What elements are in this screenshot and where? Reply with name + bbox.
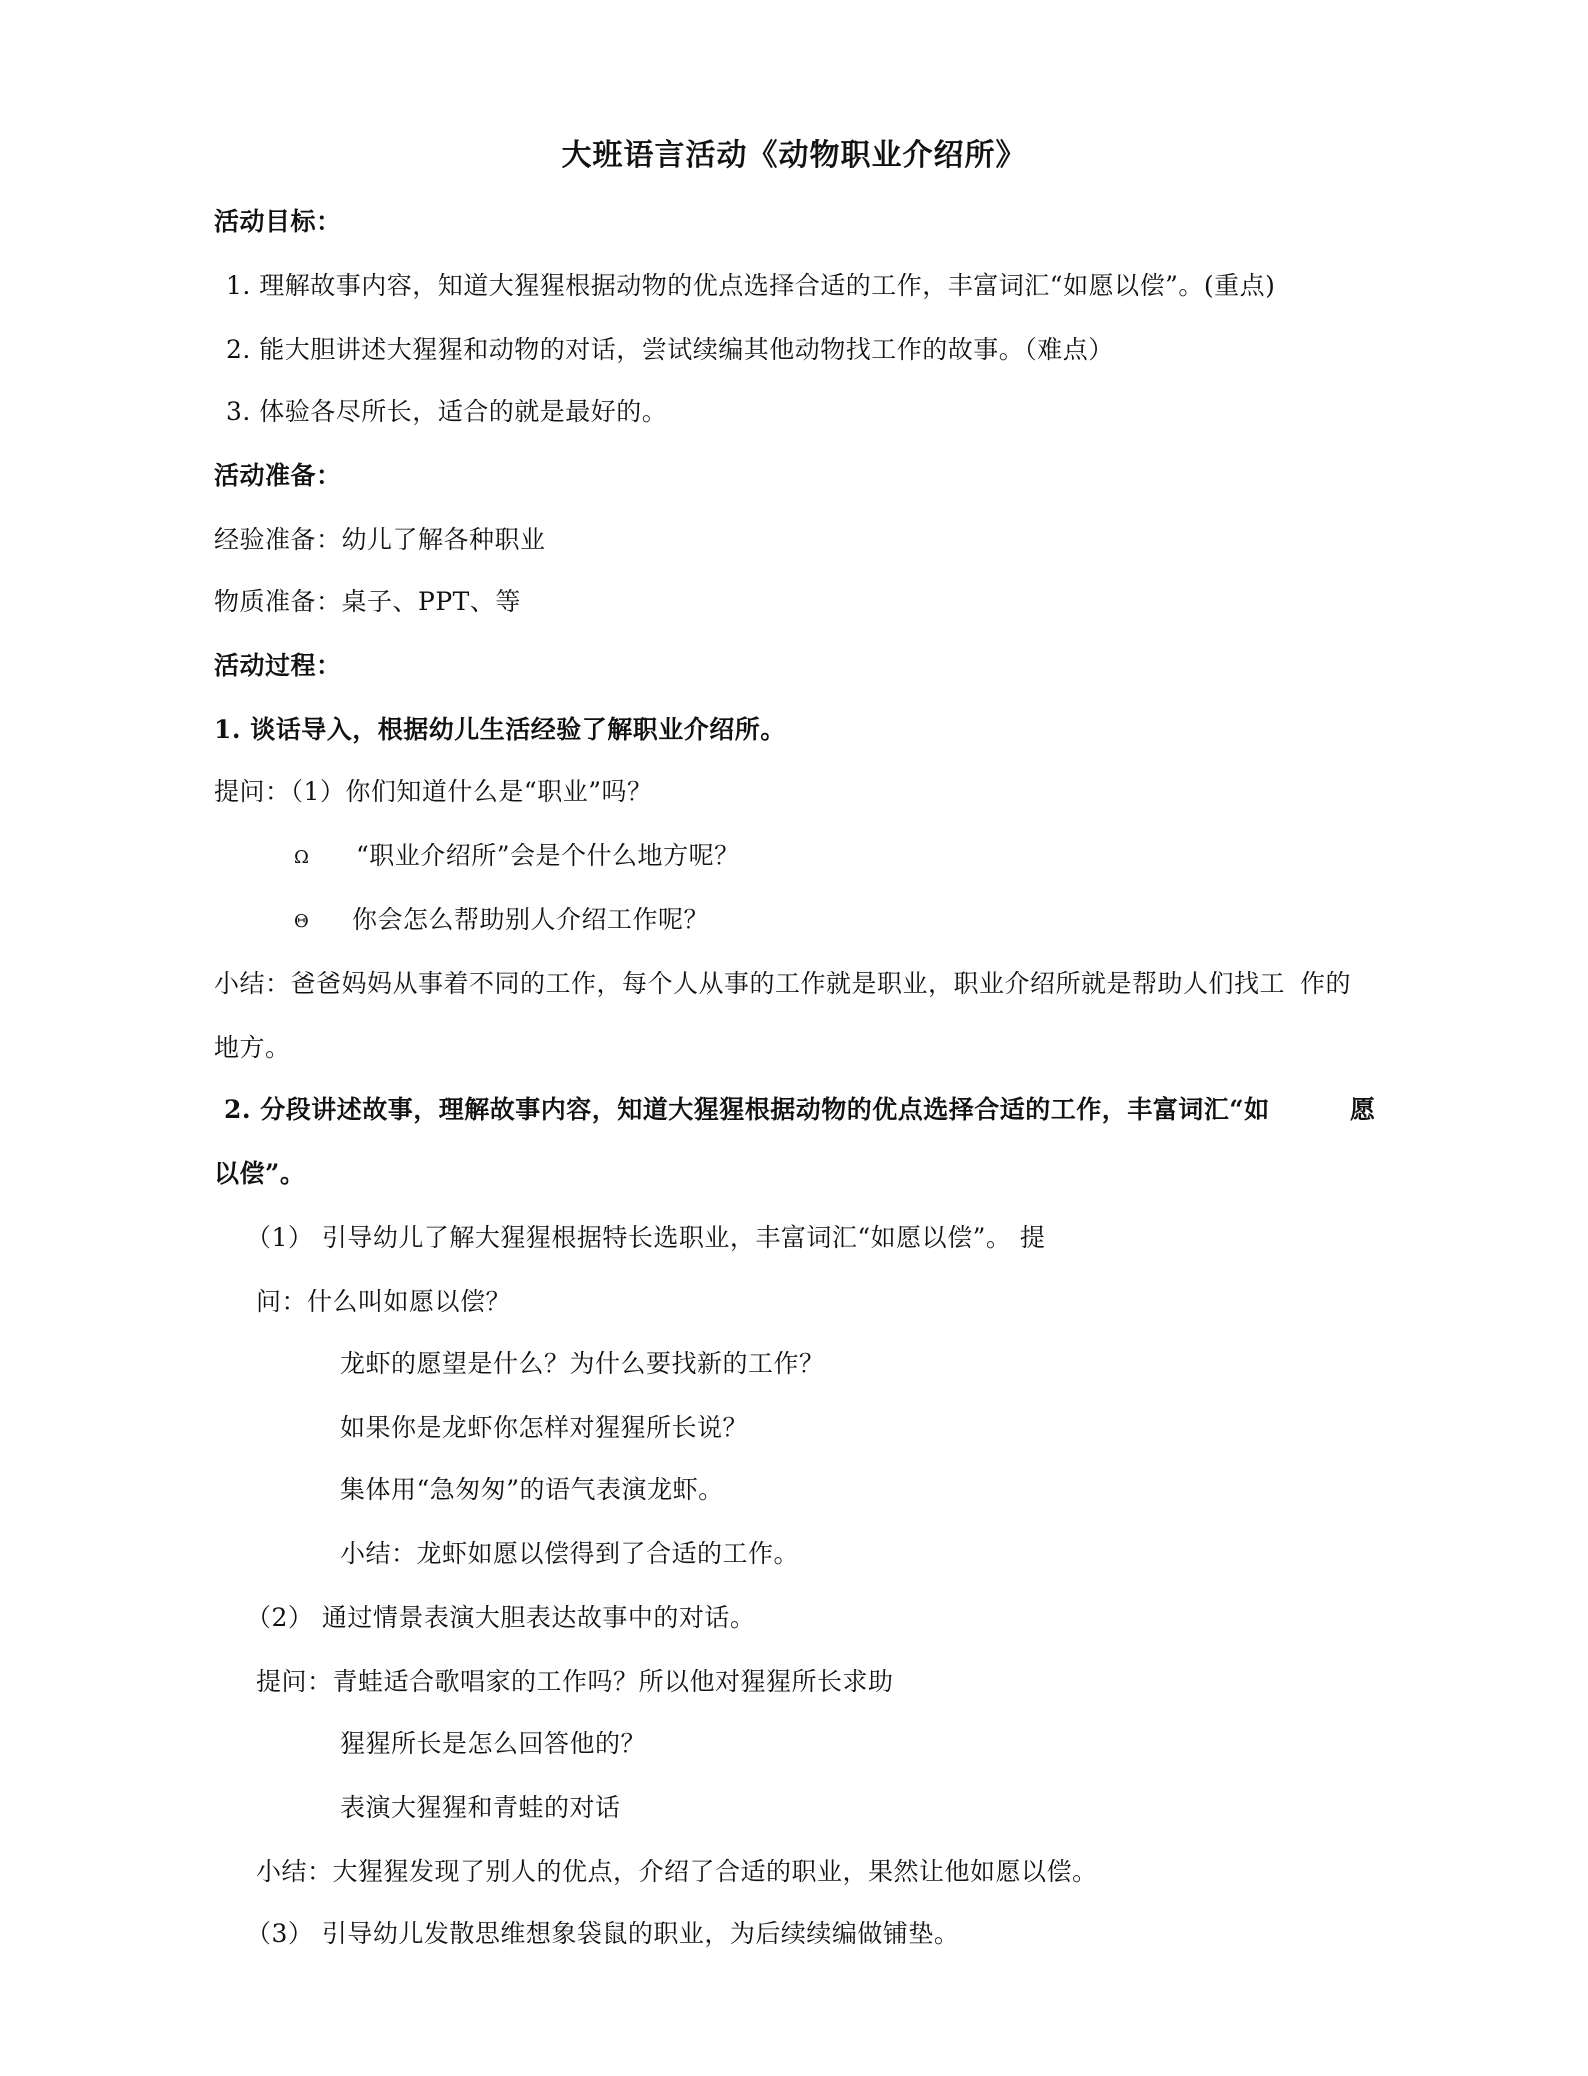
material-preparation: 物质准备：桌子、PPT、等 [214,586,521,618]
step1-summary-line1-end: 作的 [1300,968,1351,1000]
list-marker-icon: Θ [294,906,309,938]
step1-question-3: 你会怎么帮助别人介绍工作呢？ [352,904,709,936]
step2-sub2-question-1: 提问：青蛙适合歌唱家的工作吗？所以他对猩猩所长求助 [256,1666,894,1698]
step2-sub2-line1: （2） 通过情景表演大胆表达故事中的对话。 [246,1602,755,1634]
experience-preparation: 经验准备：幼儿了解各种职业 [214,524,546,556]
step2-sub1-question-2: 如果你是龙虾你怎样对猩猩所长说？ [340,1412,748,1444]
goal-item-3: 3. 体验各尽所长，适合的就是最好的。 [226,396,667,428]
step2-sub2-question-2: 猩猩所长是怎么回答他的？ [340,1728,646,1760]
step1-question-2: “职业介绍所”会是个什么地方呢？ [356,840,740,872]
step2-sub1-line1: （1） 引导幼儿了解大猩猩根据特长选职业，丰富词汇“如愿以偿”。 提 [246,1222,1045,1254]
step2-title-line2: 以偿”。 [214,1158,305,1190]
step2-sub1-question-3: 集体用“急匆匆”的语气表演龙虾。 [340,1474,724,1506]
page-title: 大班语言活动《动物职业介绍所》 [0,140,1588,172]
step2-sub2-question-3: 表演大猩猩和青蛙的对话 [340,1792,621,1824]
step1-question-1: 提问：（1）你们知道什么是“职业”吗？ [214,776,652,808]
step2-sub2-summary: 小结：大猩猩发现了别人的优点，介绍了合适的职业，果然让他如愿以偿。 [256,1856,1098,1888]
process-heading: 活动过程： [214,650,342,682]
step1-summary-line1: 小结：爸爸妈妈从事着不同的工作，每个人从事的工作就是职业，职业介绍所就是帮助人们… [214,968,1285,1000]
preparation-heading: 活动准备： [214,460,342,492]
goal-item-2: 2. 能大胆讲述大猩猩和动物的对话，尝试续编其他动物找工作的故事。（难点） [226,334,1114,366]
step2-sub1-question-1: 龙虾的愿望是什么？为什么要找新的工作？ [340,1348,825,1380]
step2-sub1-line2: 问：什么叫如愿以偿？ [256,1286,511,1318]
step2-title-line1: 2. 分段讲述故事，理解故事内容，知道大猩猩根据动物的优点选择合适的工作，丰富词… [224,1094,1270,1126]
step2-sub3-line1: （3） 引导幼儿发散思维想象袋鼠的职业，为后续续编做铺垫。 [246,1918,959,1950]
goals-heading: 活动目标： [214,206,342,238]
step2-title-line1-end: 愿 [1350,1094,1376,1126]
step1-title: 1. 谈话导入，根据幼儿生活经验了解职业介绍所。 [214,714,786,746]
list-marker-icon: Ω [294,842,309,874]
step1-summary-line2: 地方。 [214,1032,291,1064]
step2-sub1-summary: 小结：龙虾如愿以偿得到了合适的工作。 [340,1538,799,1570]
document-page: 大班语言活动《动物职业介绍所》 活动目标： 1. 理解故事内容，知道大猩猩根据动… [0,0,1588,2076]
goal-item-1: 1. 理解故事内容，知道大猩猩根据动物的优点选择合适的工作，丰富词汇“如愿以偿”… [226,270,1275,302]
